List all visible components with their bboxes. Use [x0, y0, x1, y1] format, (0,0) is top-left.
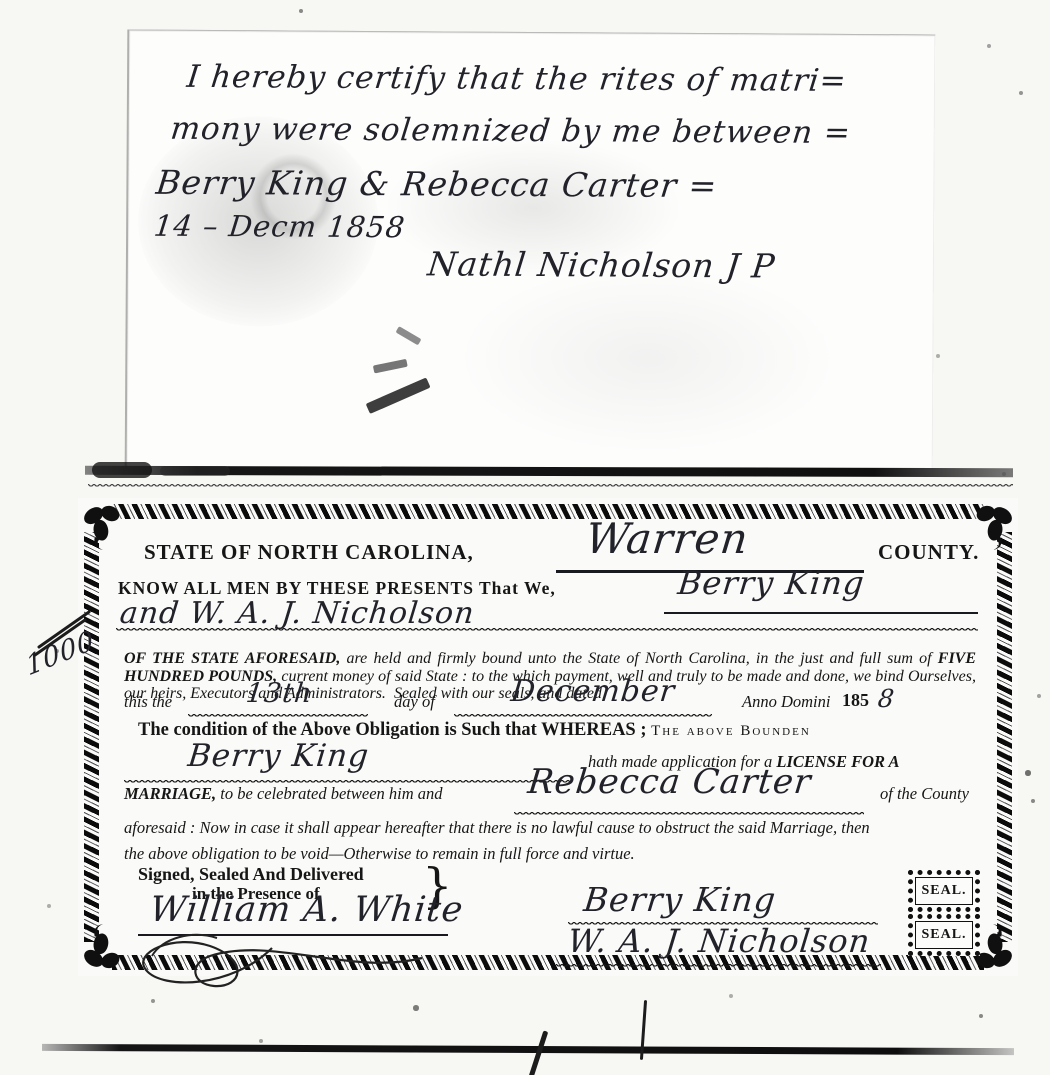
note-officiant-signature: Nathl Nicholson J P	[426, 244, 778, 285]
signed-sealed-label: Signed, Sealed And Delivered	[138, 864, 364, 885]
applicant-handwritten: Berry King	[186, 738, 371, 774]
void-line: the above obligation to be void—Otherwis…	[124, 844, 635, 864]
faint-bleed-blob	[457, 263, 838, 455]
fold-ink-blot	[92, 462, 152, 478]
handwritten-note-paper: I hereby certify that the rites of matri…	[127, 30, 936, 474]
month-wavy-underline	[454, 714, 712, 719]
surety-signature: W. A. J. Nicholson	[566, 922, 872, 960]
bounden-text: The above Bounden	[651, 723, 811, 739]
state-heading: STATE OF NORTH CAROLINA,	[144, 540, 474, 565]
celebrated-text: to be celebrated between him and	[216, 784, 442, 803]
aforesaid-line: aforesaid : Now in case it shall appear …	[124, 818, 870, 838]
marriage-line: MARRIAGE, to be celebrated between him a…	[124, 784, 443, 804]
aforesaid-intro: OF THE STATE AFORESAID,	[124, 650, 340, 667]
day-value-handwritten: 13th	[244, 678, 314, 709]
condition-text: The condition of the Above Obligation is…	[138, 720, 647, 740]
bound-text: are held and firmly bound unto the State…	[340, 650, 937, 667]
marriage-bond-form: STATE OF NORTH CAROLINA, Warren COUNTY. …	[78, 498, 1018, 976]
ribbon-border-top	[112, 504, 984, 519]
cosigner-wavy-underline	[116, 628, 978, 633]
fold-wavy-line	[88, 484, 1013, 489]
seal-label: SEAL.	[921, 883, 966, 899]
note-date: 14 – Decm 1858	[152, 209, 407, 245]
principal-name-handwritten: Berry King	[676, 564, 867, 602]
seal-badge: SEAL.	[908, 914, 980, 956]
bride-handwritten: Rebecca Carter	[526, 762, 814, 802]
ink-smudge	[373, 359, 408, 374]
seal-label: SEAL.	[921, 927, 966, 943]
county-value-handwritten: Warren	[583, 514, 751, 563]
bond-content: STATE OF NORTH CAROLINA, Warren COUNTY. …	[116, 524, 980, 976]
seal-badge: SEAL.	[908, 870, 980, 912]
of-county-text: of the County	[880, 784, 969, 804]
day-wavy-underline	[188, 714, 368, 719]
groom-signature: Berry King	[582, 880, 778, 919]
note-line-1: I hereby certify that the rites of matri…	[185, 59, 849, 99]
year-digit-handwritten: 8	[876, 684, 896, 713]
scan-speckles	[0, 0, 2, 2]
surety-wavy-underline	[556, 964, 881, 969]
ink-smudge	[395, 326, 421, 345]
note-line-3: Berry King & Rebecca Carter =	[154, 163, 719, 205]
this-the-label: this the	[124, 692, 172, 712]
county-heading: COUNTY.	[878, 540, 979, 565]
fold-ink-blot	[160, 466, 230, 476]
ribbon-border-left	[84, 532, 99, 942]
ribbon-border-right	[997, 532, 1012, 942]
principal-underline	[664, 612, 978, 614]
witness-signature: William A. White	[148, 890, 466, 930]
cosigner-handwritten: and W. A. J. Nicholson	[118, 596, 476, 631]
signature-flourish	[122, 928, 452, 998]
bride-wavy-underline	[514, 812, 864, 817]
marriage-word: MARRIAGE,	[124, 784, 216, 803]
bottom-page-edge	[42, 1044, 1014, 1055]
note-line-2: mony were solemnized by me between =	[169, 111, 853, 151]
anno-digits: 185	[842, 690, 869, 711]
ink-smudge	[366, 377, 431, 414]
month-value-handwritten: December	[509, 674, 677, 709]
anno-domini-label: Anno Domini	[742, 692, 830, 712]
day-of-label: day of	[394, 692, 435, 712]
